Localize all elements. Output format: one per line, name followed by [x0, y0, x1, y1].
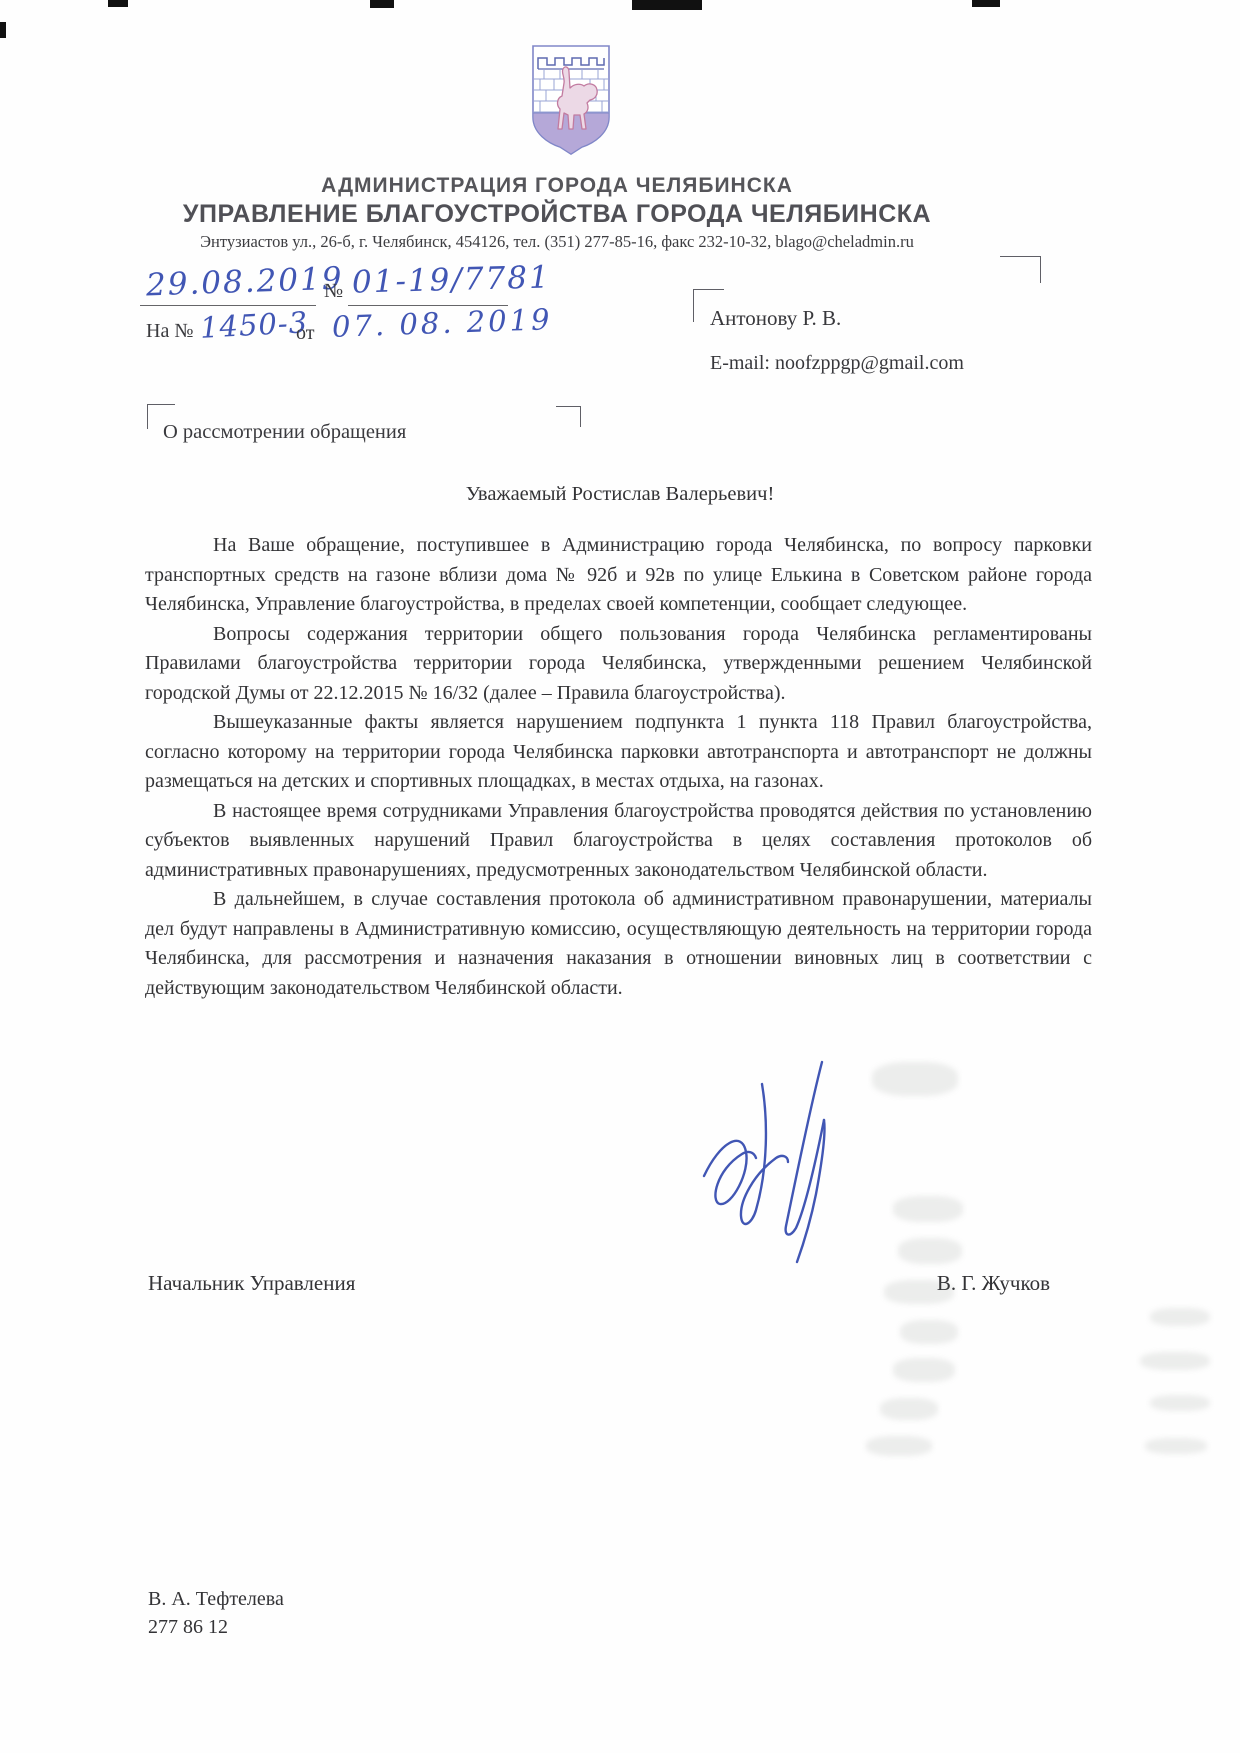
scan-artifact [1150, 1395, 1210, 1411]
corner-bracket-subject-right [556, 406, 581, 427]
letter-body: На Ваше обращение, поступившее в Админис… [145, 531, 1092, 1003]
subject-line: О рассмотрении обращения [163, 421, 406, 444]
scan-artifact [972, 0, 1000, 7]
scan-artifact [893, 1196, 963, 1222]
org-name-line2: УПРАВЛЕНИЕ БЛАГОУСТРОЙСТВА ГОРОДА ЧЕЛЯБИ… [0, 200, 1114, 229]
reply-prefix: На № [146, 320, 193, 343]
scan-artifact [900, 1320, 958, 1344]
scan-artifact [1145, 1438, 1207, 1454]
scan-artifact [898, 1238, 962, 1264]
scan-artifact [108, 0, 128, 7]
corner-bracket-top-right [1000, 256, 1041, 283]
scan-artifact [866, 1436, 932, 1456]
executor-phone: 277 86 12 [148, 1616, 228, 1639]
signer-position: Начальник Управления [148, 1271, 355, 1296]
scan-artifact [884, 1280, 954, 1304]
recipient-name: Антонову Р. В. [710, 306, 841, 331]
outgoing-date-handwritten: 29.08.2019 [145, 261, 344, 304]
scan-artifact [370, 0, 394, 8]
org-address-line: Энтузиастов ул., 26-б, г. Челябинск, 454… [0, 232, 1114, 252]
scan-artifact [880, 1398, 938, 1420]
reply-date-handwritten: 07. 08. 2019 [331, 302, 553, 344]
number-sign: № [324, 280, 343, 303]
coat-of-arms-icon [530, 43, 612, 157]
recipient-email: E-mail: noofzppgp@gmail.com [710, 352, 964, 375]
scanned-letter-page: АДМИНИСТРАЦИЯ ГОРОДА ЧЕЛЯБИНСКА УПРАВЛЕН… [0, 0, 1240, 1753]
outgoing-number-handwritten: 01-19/7781 [352, 259, 552, 300]
org-name-line1: АДМИНИСТРАЦИЯ ГОРОДА ЧЕЛЯБИНСКА [0, 174, 1114, 198]
reply-from-label: от [296, 322, 314, 345]
body-paragraph: Вопросы содержания территории общего пол… [145, 620, 1092, 709]
scan-artifact [893, 1358, 955, 1382]
signature-scribble-icon [690, 1058, 875, 1268]
salutation: Уважаемый Ростислав Валерьевич! [0, 483, 1240, 506]
body-paragraph: Вышеуказанные факты является нарушением … [145, 708, 1092, 797]
scan-artifact [872, 1062, 958, 1096]
scan-artifact [1150, 1308, 1210, 1326]
body-paragraph: В настоящее время сотрудниками Управлени… [145, 797, 1092, 886]
executor-name: В. А. Тефтелева [148, 1588, 284, 1611]
reply-number-handwritten: 1450-3 [199, 305, 309, 345]
scan-artifact [632, 0, 702, 10]
body-paragraph: На Ваше обращение, поступившее в Админис… [145, 531, 1092, 620]
body-paragraph: В дальнейшем, в случае составления прото… [145, 885, 1092, 1003]
scan-artifact [1140, 1352, 1210, 1370]
scan-artifact [0, 22, 6, 38]
